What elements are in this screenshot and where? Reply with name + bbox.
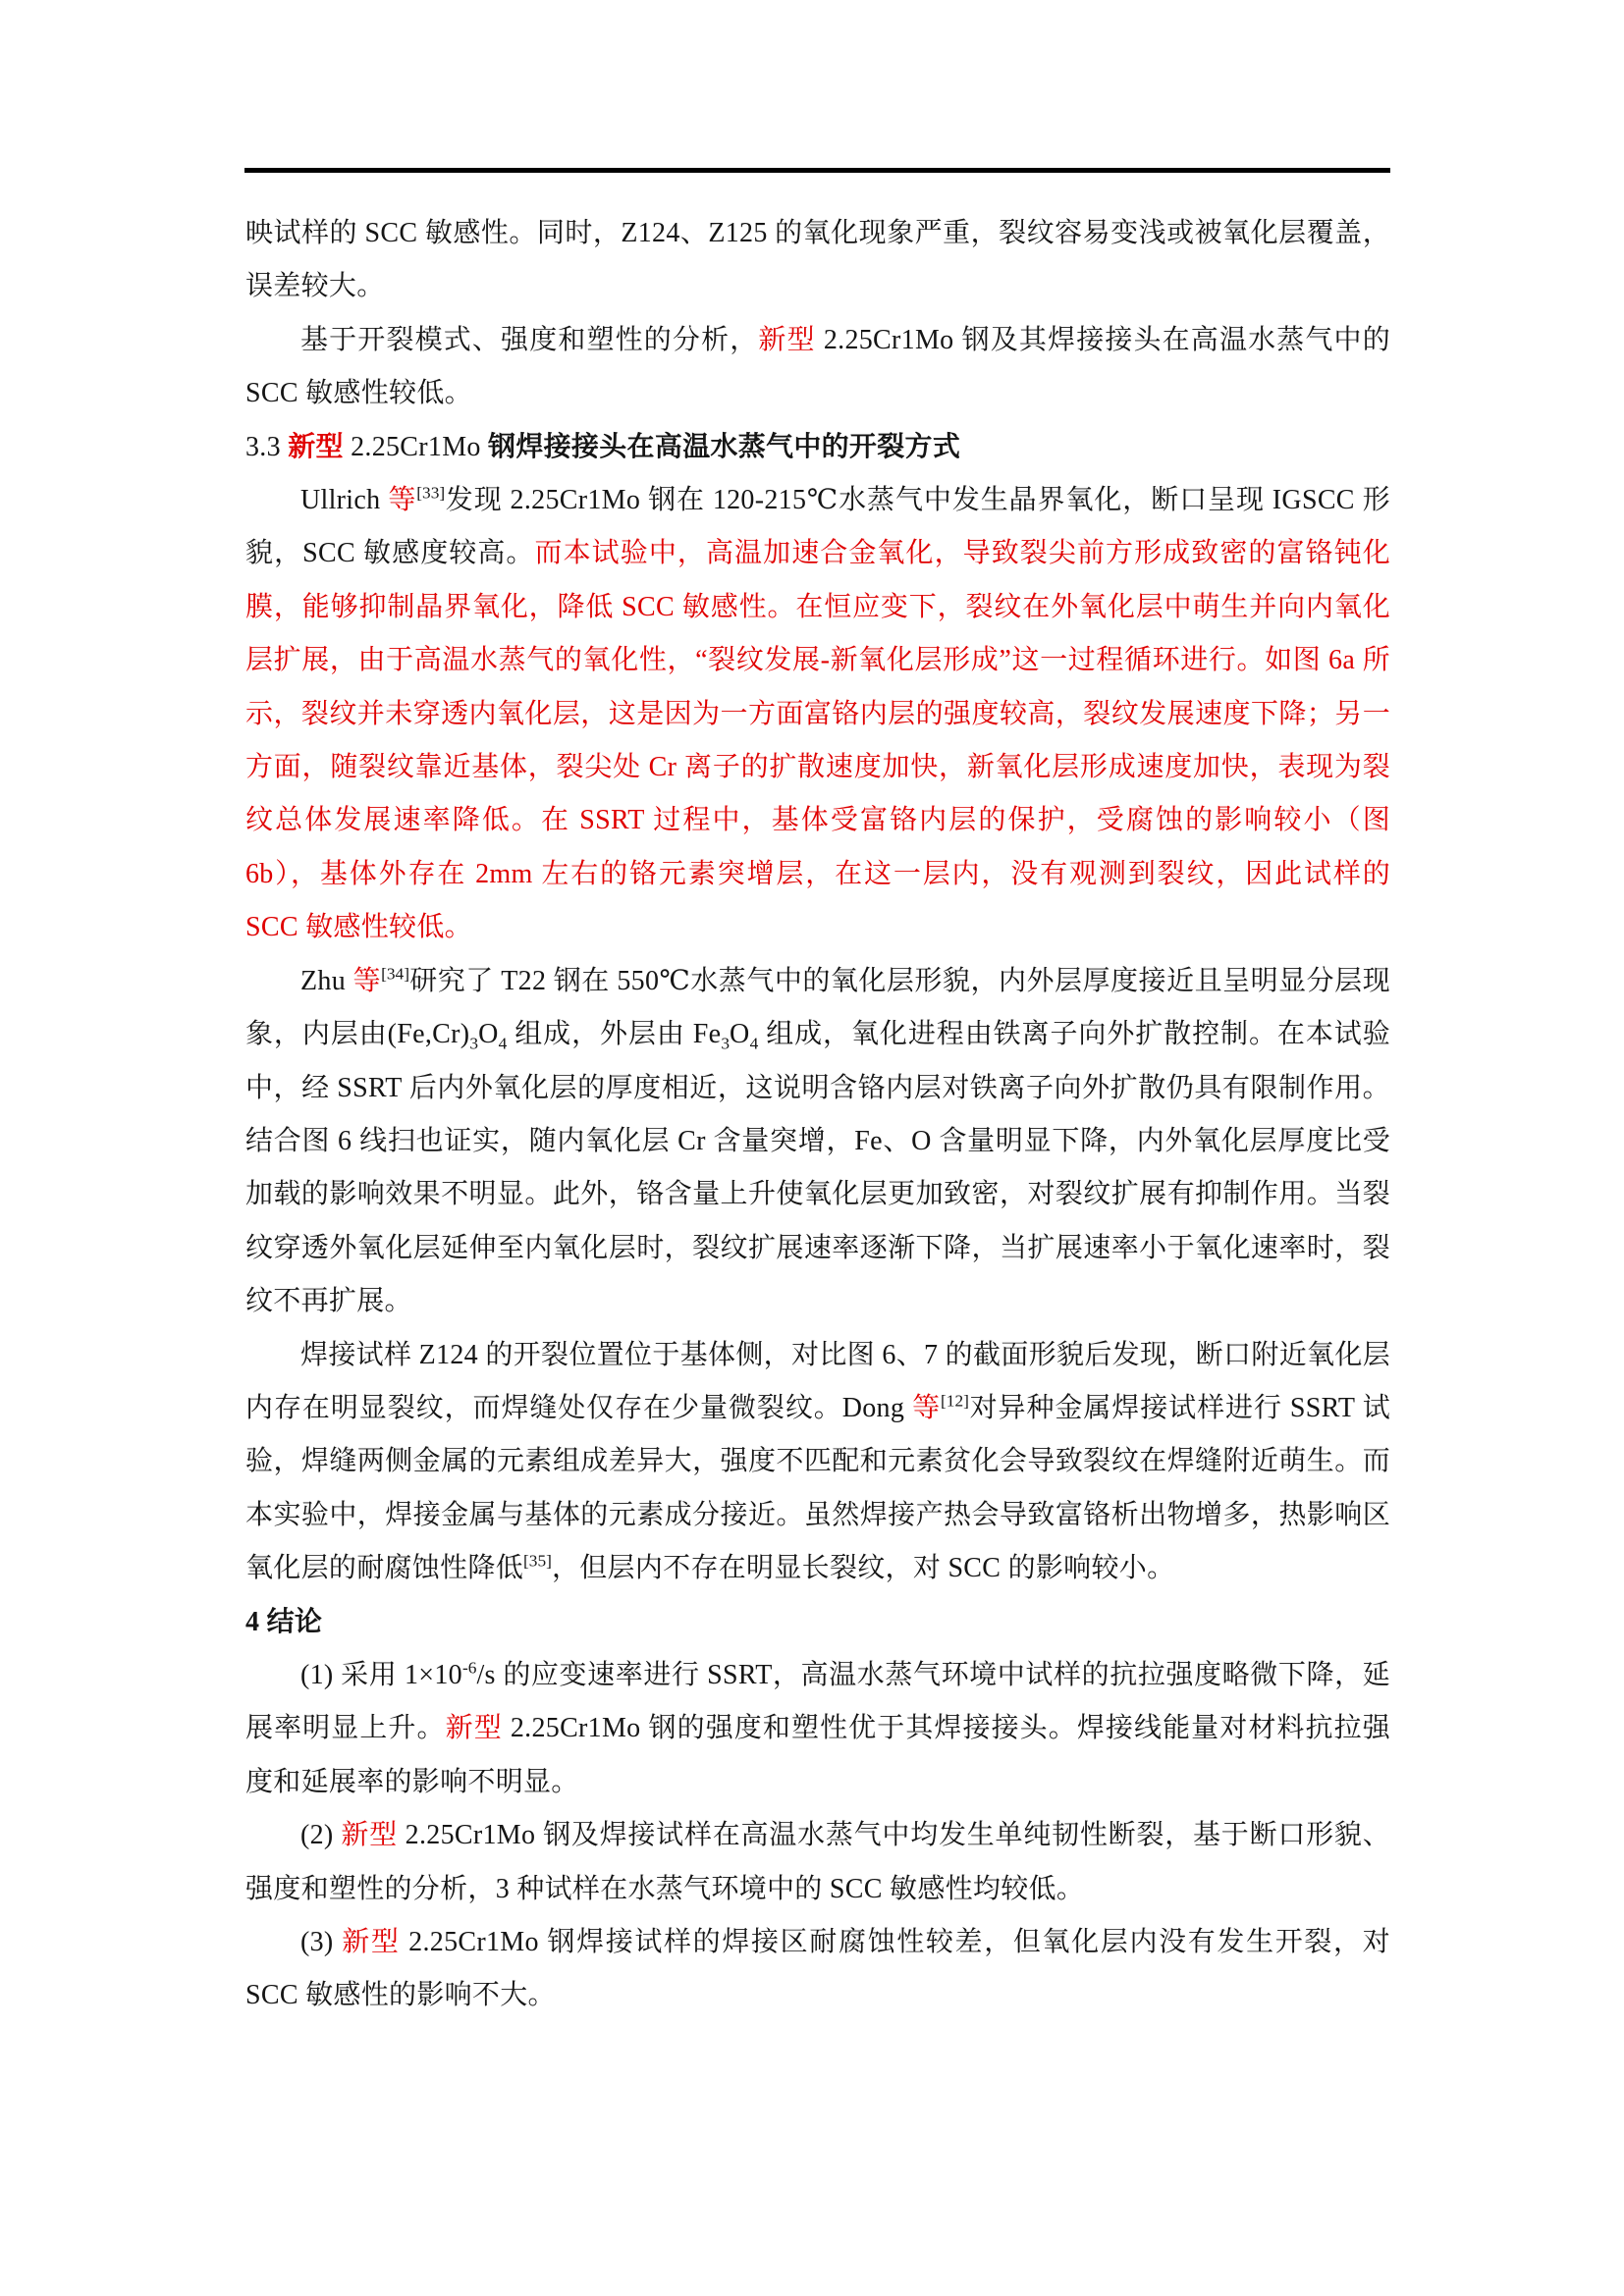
text-run: Zhu [300,966,353,996]
paragraph-conclusion-3: (3) 新型 2.25Cr1Mo 钢焊接试样的焊接区耐腐蚀性较差，但氧化层内没有… [245,1916,1390,2023]
paragraph-conclusion-1: (1) 采用 1×10-6/s 的应变速率进行 SSRT，高温水蒸气环境中试样的… [245,1649,1390,1809]
emphasis-red-text: 新型 [446,1713,503,1743]
header-rule [244,168,1390,173]
text-run: 组成，氧化进程由铁离子向外扩散控制。在本试验中，经 SSRT 后内外氧化层的厚度… [245,1019,1390,1316]
text-run: 钢焊接接头在高温水蒸气中的开裂方式 [488,432,960,462]
paragraph-overflow-scc-sensitivity: 映试样的 SCC 敏感性。同时，Z124、Z125 的氧化现象严重，裂纹容易变浅… [245,207,1390,314]
text-run: 4 结论 [245,1607,322,1637]
chemical-subscript: 4 [499,1035,508,1053]
document-page: 映试样的 SCC 敏感性。同时，Z124、Z125 的氧化现象严重，裂纹容易变浅… [0,0,1624,2296]
citation-superscript: [33] [416,484,445,503]
text-run: 2.25Cr1Mo [344,432,488,462]
text-run: ，但层内不存在明显长裂纹，对 SCC 的影响较小。 [552,1553,1174,1583]
emphasis-red-text: 新型 [288,432,344,462]
chemical-subscript: 3 [469,1035,478,1053]
emphasis-red-text: 而本试验中，高温加速合金氧化，导致裂尖前方形成致密的富铬钝化膜，能够抑制晶界氧化… [245,538,1390,942]
text-run: 组成，外层由 Fe [507,1019,721,1049]
citation-superscript: [12] [941,1392,969,1411]
document-body: 映试样的 SCC 敏感性。同时，Z124、Z125 的氧化现象严重，裂纹容易变浅… [245,207,1390,2023]
emphasis-red-text: 等 [912,1393,941,1423]
section-heading-4-conclusions: 4 结论 [245,1596,1390,1649]
exponent-superscript: -6 [462,1659,476,1678]
emphasis-red-text: 新型 [341,1820,398,1850]
paragraph-conclusion-2: (2) 新型 2.25Cr1Mo 钢及焊接试样在高温水蒸气中均发生单纯韧性断裂，… [245,1809,1390,1916]
text-run: 基于开裂模式、强度和塑性的分析， [300,325,758,355]
emphasis-red-text: 新型 [342,1927,400,1957]
section-heading-3-3: 3.3 新型 2.25Cr1Mo 钢焊接接头在高温水蒸气中的开裂方式 [245,421,1390,474]
paragraph-cracking-mode-analysis: 基于开裂模式、强度和塑性的分析，新型 2.25Cr1Mo 钢及其焊接接头在高温水… [245,314,1390,421]
text-run: 2.25Cr1Mo 钢焊接试样的焊接区耐腐蚀性较差，但氧化层内没有发生开裂，对 … [245,1927,1390,2010]
text-run: Ullrich [300,485,388,515]
paragraph-ullrich-igscc: Ullrich 等[33]发现 2.25Cr1Mo 钢在 120-215℃水蒸气… [245,474,1390,955]
text-run: 3.3 [245,432,288,462]
emphasis-red-text: 等 [388,485,416,515]
text-run: 映试样的 SCC 敏感性。同时，Z124、Z125 的氧化现象严重，裂纹容易变浅… [245,218,1390,301]
emphasis-red-text: 等 [353,966,382,996]
citation-superscript: [35] [523,1552,552,1571]
paragraph-weld-sample-z124: 焊接试样 Z124 的开裂位置位于基体侧，对比图 6、7 的截面形貌后发现，断口… [245,1329,1390,1596]
chemical-subscript: 4 [750,1035,759,1053]
text-run: O [478,1019,499,1049]
citation-superscript: [34] [381,964,409,983]
text-run: O [730,1019,750,1049]
text-run: (3) [300,1927,342,1957]
text-run: 2.25Cr1Mo 钢及焊接试样在高温水蒸气中均发生单纯韧性断裂，基于断口形貌、… [245,1820,1390,1903]
text-run: (2) [300,1820,341,1850]
text-run: (1) 采用 1×10 [300,1660,462,1690]
chemical-subscript: 3 [721,1035,730,1053]
emphasis-red-text: 新型 [758,325,815,355]
paragraph-zhu-oxide-layers: Zhu 等[34]研究了 T22 钢在 550℃水蒸气中的氧化层形貌，内外层厚度… [245,955,1390,1329]
